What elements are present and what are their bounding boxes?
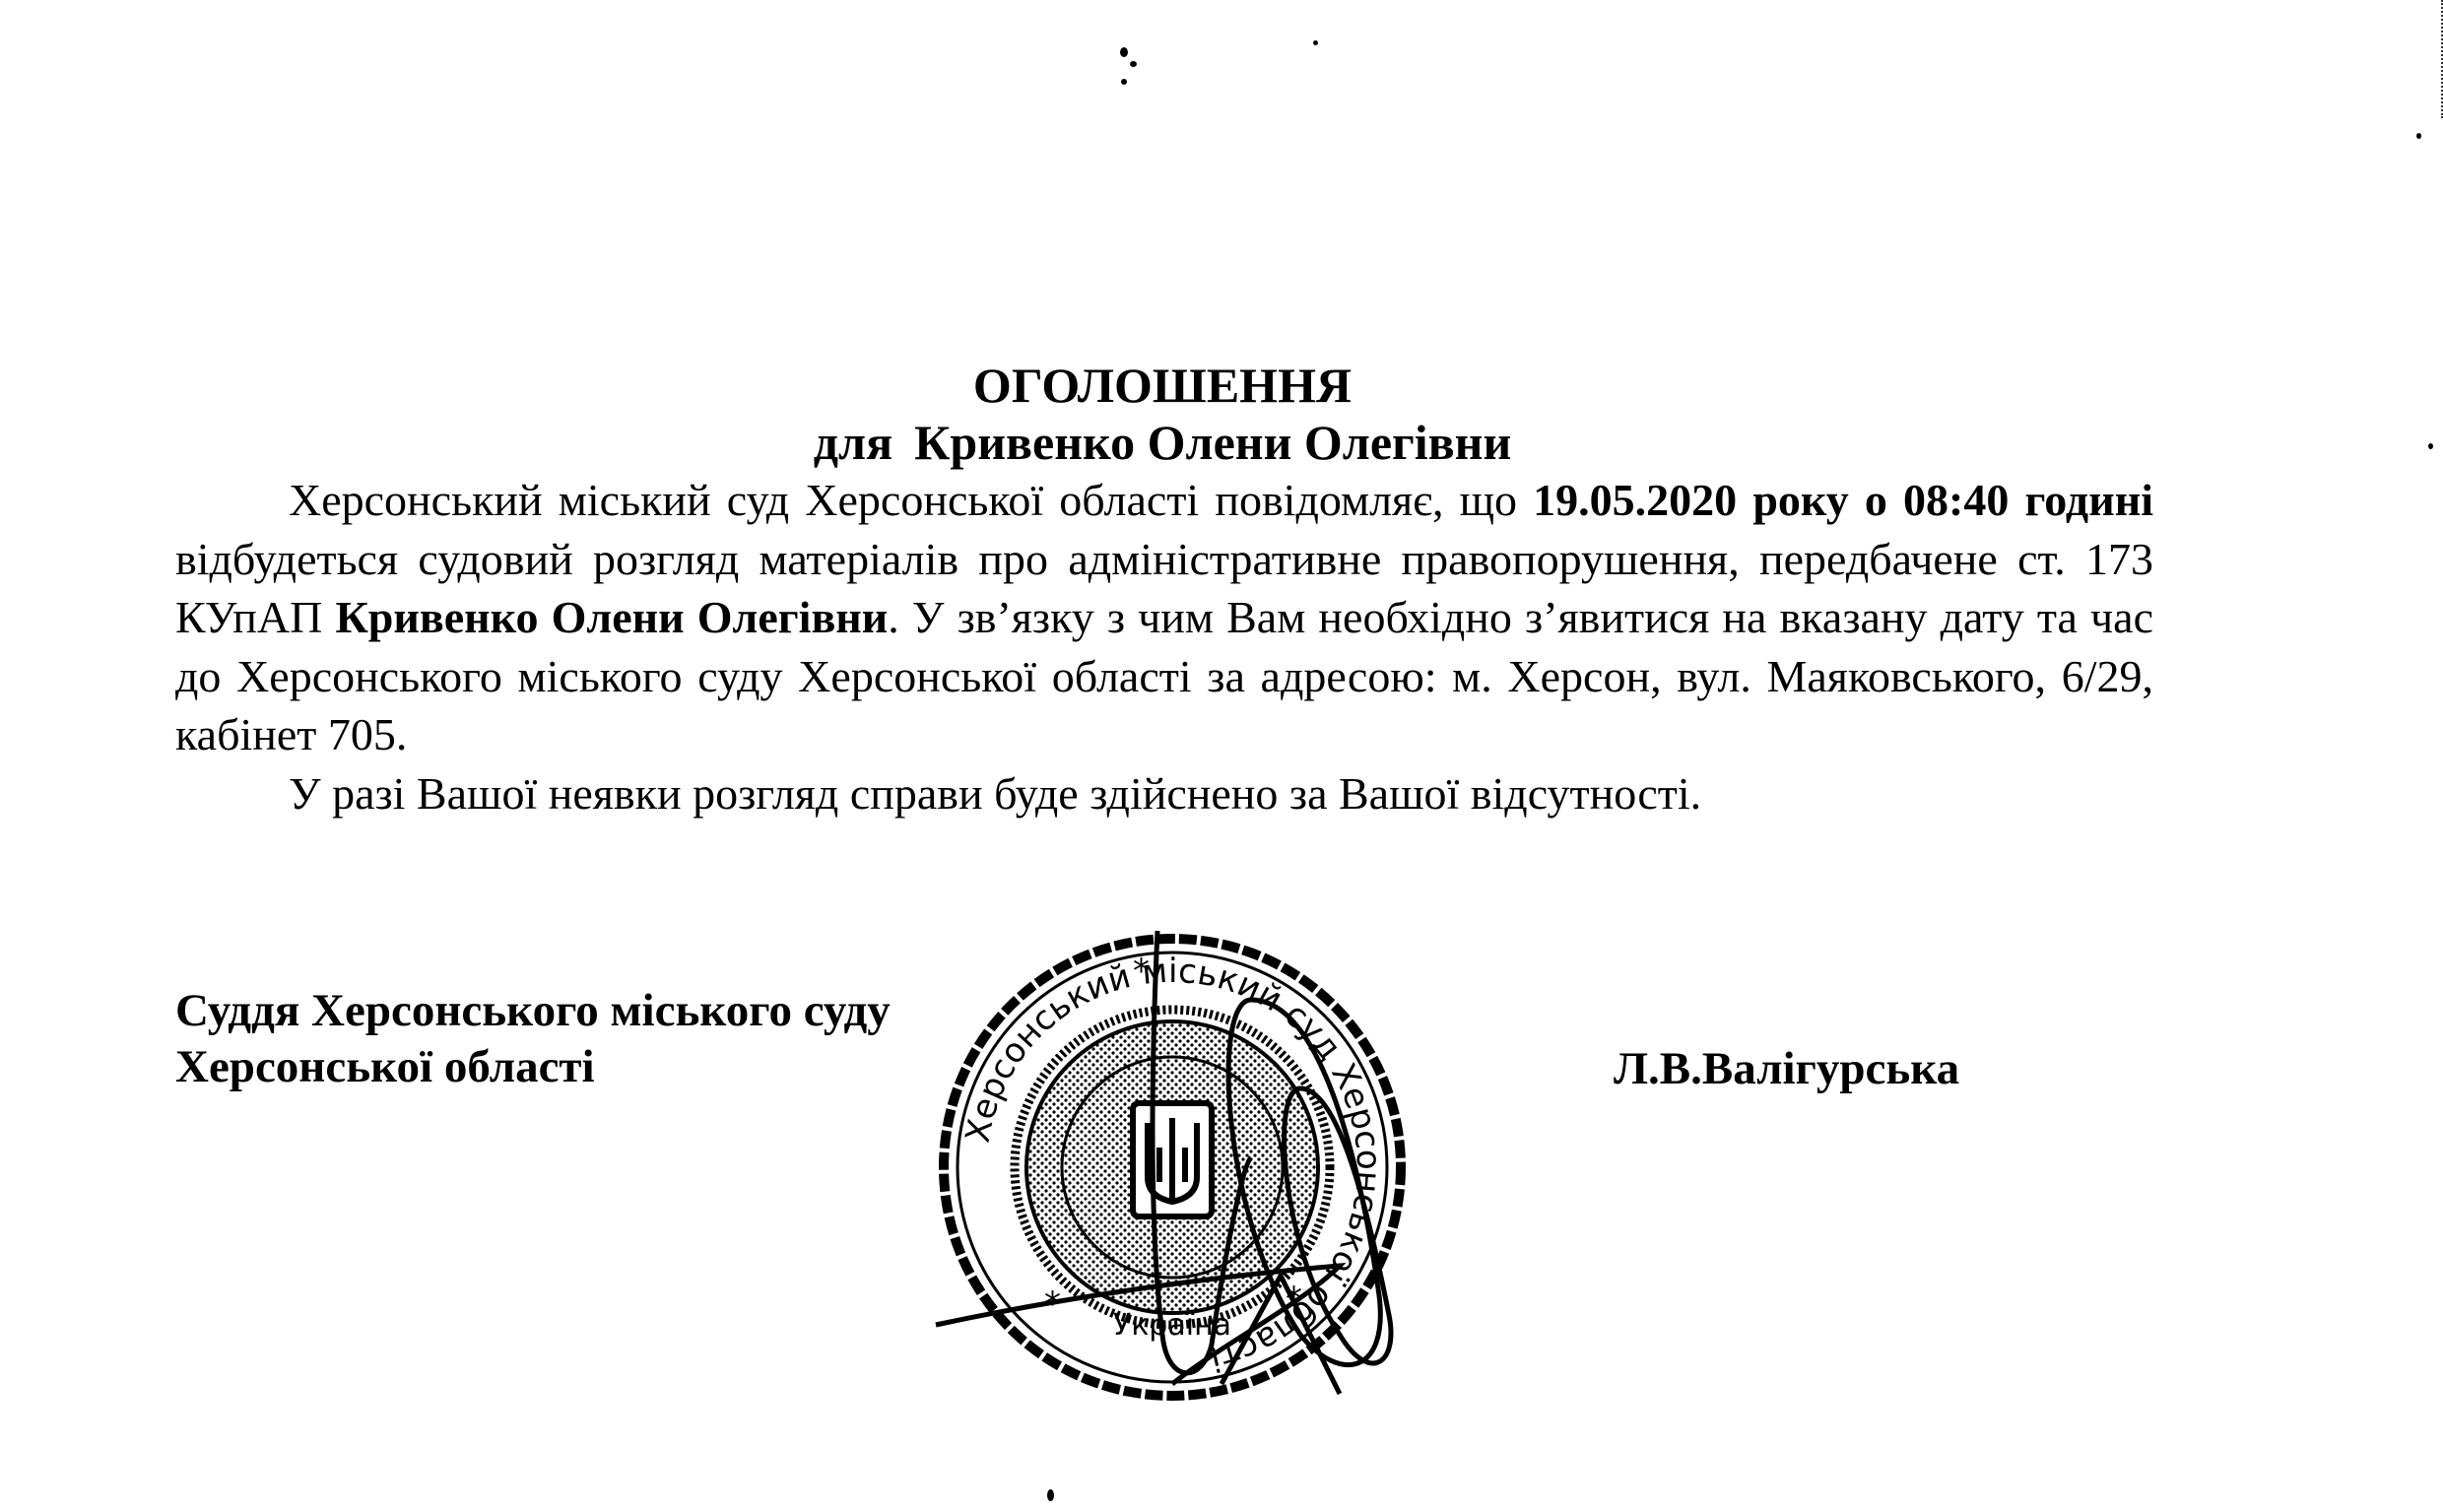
scan-edge-artifact [2438, 0, 2443, 118]
scan-speck [2428, 443, 2433, 449]
scan-speck [2416, 133, 2421, 139]
signatory-name: Л.В.Валігурська [1614, 1042, 1959, 1095]
document-page: ОГОЛОШЕННЯ дляКривенко Олени Олегівни Хе… [0, 0, 2443, 1512]
notice-paragraph-1: Херсонський міський суд Херсонської обла… [175, 471, 2153, 764]
scan-speck [1120, 47, 1128, 57]
notice-body: Херсонський міський суд Херсонської обла… [175, 471, 2153, 822]
document-title: ОГОЛОШЕННЯ [0, 361, 2384, 410]
scan-speck [1121, 79, 1127, 85]
signatory-position-line-2: Херсонської області [175, 1039, 891, 1095]
scan-speck [1130, 61, 1137, 67]
document-subtitle: дляКривенко Олени Олегівни [0, 418, 2384, 467]
scan-speck [1047, 1489, 1054, 1501]
subtitle-prefix: для [814, 415, 892, 470]
notice-paragraph-2: У разі Вашої неявки розгляд справи буде … [175, 764, 2153, 823]
scan-speck [1313, 40, 1318, 45]
addressee-name: Кривенко Олени Олегівни [914, 415, 1511, 470]
svg-text:*: * [1133, 952, 1150, 991]
court-seal-stamp-icon: Херсонський міський суд Херсонської обла… [926, 921, 1419, 1413]
paragraph-text: Херсонський міський суд Херсонської обла… [289, 475, 1533, 525]
hearing-datetime: 19.05.2020 року о 08:40 годині [1533, 475, 2153, 525]
defendant-name: Кривенко Олени Олегівни [335, 592, 888, 642]
signatory-position-line-1: Суддя Херсонського міського суду [175, 983, 891, 1039]
trident-emblem [1133, 1103, 1212, 1216]
signatory-position: Суддя Херсонського міського суду Херсонс… [175, 983, 891, 1095]
